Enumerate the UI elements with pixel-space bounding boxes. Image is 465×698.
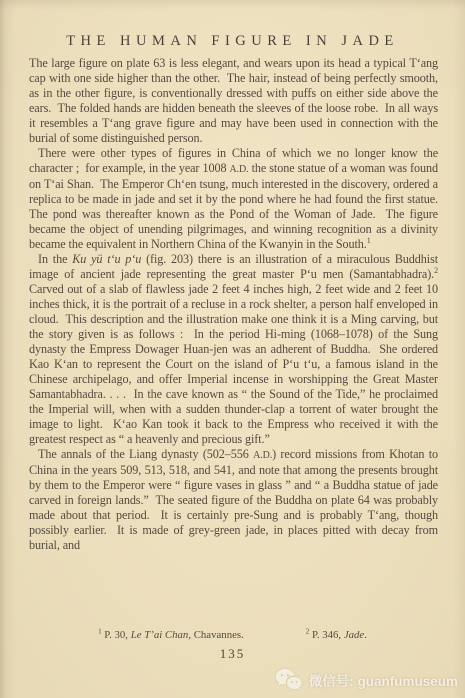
wechat-icon [275, 668, 302, 691]
book-page: THE HUMAN FIGURE IN JADE The large figur… [0, 0, 465, 698]
paragraph: In the Ku yü t‘u p‘u (fig. 203) there is… [29, 252, 438, 447]
page-title: THE HUMAN FIGURE IN JADE [0, 33, 465, 50]
watermark-label: 微信号: guanfumuseum [309, 670, 458, 690]
page-body: The large figure on plate 63 is less ele… [29, 56, 438, 553]
paragraph: The annals of the Liang dynasty (502–556… [29, 447, 438, 553]
paragraph: There were other types of figures in Chi… [29, 146, 438, 252]
page-number: 135 [0, 646, 465, 662]
footnotes: 1 P. 30, Le T’ai Chan, Chavannes.2 P. 34… [0, 629, 465, 641]
paragraph: The large figure on plate 63 is less ele… [29, 56, 438, 146]
footnote: 2 P. 346, Jade. [306, 629, 367, 641]
watermark: 微信号: guanfumuseum [275, 668, 458, 691]
footnote: 1 P. 30, Le T’ai Chan, Chavannes. [98, 629, 244, 641]
